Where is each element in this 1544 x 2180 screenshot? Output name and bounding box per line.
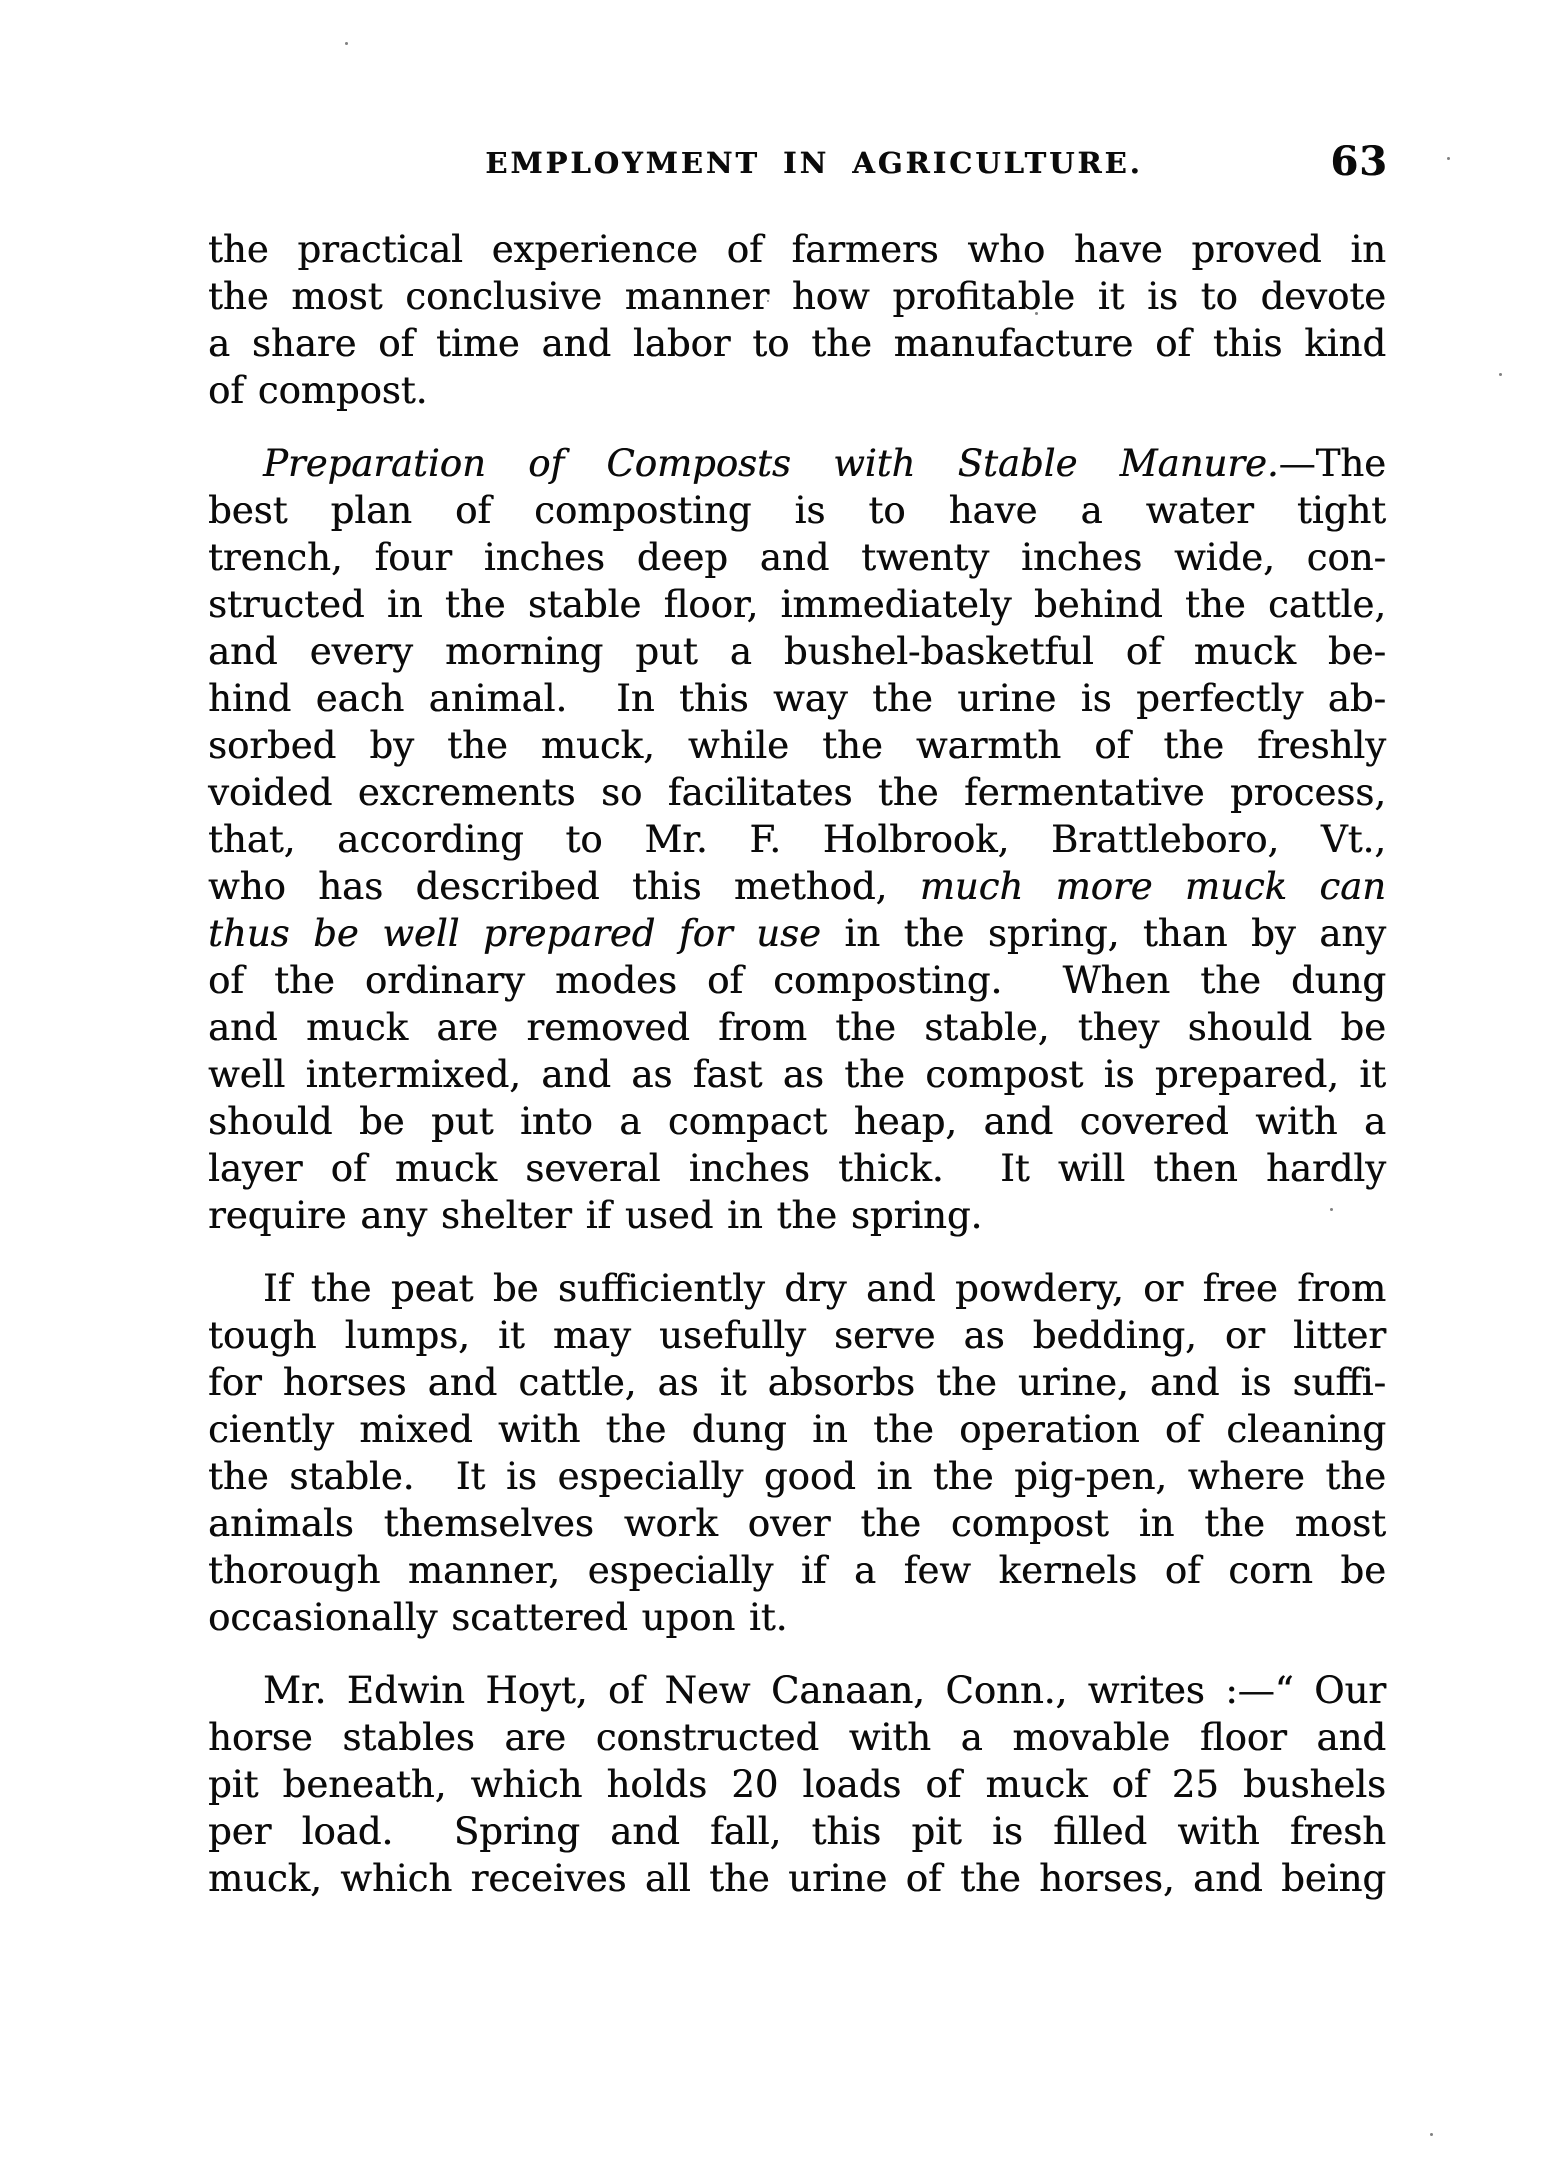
roman-text: per load. Spring and fall, this pit is f… — [208, 1810, 1386, 1853]
roman-text: and every morning put a bushel-basketful… — [208, 630, 1386, 673]
roman-text: structed in the stable floor, immediatel… — [208, 583, 1386, 626]
roman-text: animals themselves work over the compost… — [208, 1502, 1386, 1545]
paragraph: Preparation of Composts with Stable Manu… — [208, 440, 1386, 1239]
book-page: EMPLOYMENT IN AGRICULTURE. 63 the practi… — [0, 0, 1544, 2180]
italic-text: thus be well prepared for use — [208, 912, 821, 955]
page-content: EMPLOYMENT IN AGRICULTURE. 63 the practi… — [208, 146, 1386, 1902]
scan-speck — [345, 42, 348, 45]
roman-text: should be put into a compact heap, and c… — [208, 1100, 1386, 1143]
roman-text: Mr. Edwin Hoyt, of New Canaan, Conn., wr… — [263, 1669, 1386, 1712]
scan-speck — [1499, 373, 1502, 376]
scan-speck — [1430, 2133, 1433, 2136]
scan-speck — [1035, 312, 1038, 315]
roman-text: thorough manner, especially if a few ker… — [208, 1549, 1386, 1592]
text-line: and every morning put a bushel-basketful… — [208, 628, 1386, 675]
text-line: best plan of composting is to have a wat… — [208, 487, 1386, 534]
roman-text: for horses and cattle, as it absorbs the… — [208, 1361, 1386, 1404]
paragraph: If the peat be sufficiently dry and powd… — [208, 1265, 1386, 1641]
page-number: 63 — [1330, 138, 1388, 185]
text-line: the most conclusive manner how profitabl… — [208, 273, 1386, 320]
text-line: thorough manner, especially if a few ker… — [208, 1547, 1386, 1594]
roman-text: hind each animal. In this way the urine … — [208, 677, 1386, 720]
roman-text: the practical experience of farmers who … — [208, 228, 1386, 271]
text-line: occasionally scattered upon it. — [208, 1594, 1386, 1641]
scan-speck — [767, 300, 769, 302]
roman-text: that, according to Mr. F. Holbrook, Brat… — [208, 818, 1386, 861]
roman-text: —The — [1279, 442, 1386, 485]
roman-text: sorbed by the muck, while the warmth of … — [208, 724, 1386, 767]
scan-speck — [1447, 157, 1450, 160]
roman-text: layer of muck several inches thick. It w… — [208, 1147, 1386, 1190]
text-line: structed in the stable floor, immediatel… — [208, 581, 1386, 628]
page-header: EMPLOYMENT IN AGRICULTURE. 63 — [208, 146, 1386, 180]
text-line: sorbed by the muck, while the warmth of … — [208, 722, 1386, 769]
text-line: layer of muck several inches thick. It w… — [208, 1145, 1386, 1192]
roman-text: voided excrements so facilitates the fer… — [208, 771, 1386, 814]
roman-text: the most conclusive manner how profitabl… — [208, 275, 1386, 318]
roman-text: and muck are removed from the stable, th… — [208, 1006, 1386, 1049]
roman-text: require any shelter if used in the sprin… — [208, 1194, 982, 1237]
text-line: hind each animal. In this way the urine … — [208, 675, 1386, 722]
text-line: a share of time and labor to the manufac… — [208, 320, 1386, 367]
text-line: per load. Spring and fall, this pit is f… — [208, 1808, 1386, 1855]
text-line: that, according to Mr. F. Holbrook, Brat… — [208, 816, 1386, 863]
italic-text: Preparation of Composts with Stable Manu… — [263, 442, 1279, 485]
roman-text: best plan of composting is to have a wat… — [208, 489, 1386, 532]
text-line: muck, which receives all the urine of th… — [208, 1855, 1386, 1902]
text-line: pit beneath, which holds 20 loads of muc… — [208, 1761, 1386, 1808]
text-line: horse stables are constructed with a mov… — [208, 1714, 1386, 1761]
roman-text: occasionally scattered upon it. — [208, 1596, 787, 1639]
scan-speck — [225, 1560, 227, 1562]
text-line: If the peat be sufficiently dry and powd… — [208, 1265, 1386, 1312]
roman-text: the stable. It is especially good in the… — [208, 1455, 1386, 1498]
text-line: the stable. It is especially good in the… — [208, 1453, 1386, 1500]
text-line: ciently mixed with the dung in the opera… — [208, 1406, 1386, 1453]
text-line: for horses and cattle, as it absorbs the… — [208, 1359, 1386, 1406]
roman-text: of compost. — [208, 369, 427, 412]
text-line: animals themselves work over the compost… — [208, 1500, 1386, 1547]
roman-text: in the spring, than by any — [821, 912, 1386, 955]
text-line: should be put into a compact heap, and c… — [208, 1098, 1386, 1145]
paragraph: the practical experience of farmers who … — [208, 226, 1386, 414]
scan-speck — [1330, 1208, 1333, 1211]
text-line: the practical experience of farmers who … — [208, 226, 1386, 273]
text-line: tough lumps, it may usefully serve as be… — [208, 1312, 1386, 1359]
roman-text: a share of time and labor to the manufac… — [208, 322, 1386, 365]
roman-text: muck, which receives all the urine of th… — [208, 1857, 1386, 1900]
roman-text: If the peat be sufficiently dry and powd… — [263, 1267, 1386, 1310]
roman-text: ciently mixed with the dung in the opera… — [208, 1408, 1386, 1451]
roman-text: tough lumps, it may usefully serve as be… — [208, 1314, 1386, 1357]
text-line: well intermixed, and as fast as the comp… — [208, 1051, 1386, 1098]
roman-text: trench, four inches deep and twenty inch… — [208, 536, 1386, 579]
text-line: Preparation of Composts with Stable Manu… — [208, 440, 1386, 487]
running-head: EMPLOYMENT IN AGRICULTURE. — [208, 146, 1386, 180]
text-line: of compost. — [208, 367, 1386, 414]
roman-text: who has described this method, — [208, 865, 920, 908]
text-line: require any shelter if used in the sprin… — [208, 1192, 1386, 1239]
roman-text: well intermixed, and as fast as the comp… — [208, 1053, 1386, 1096]
italic-text: much more muck can — [920, 865, 1386, 908]
text-line: and muck are removed from the stable, th… — [208, 1004, 1386, 1051]
text-line: voided excrements so facilitates the fer… — [208, 769, 1386, 816]
text-block: the practical experience of farmers who … — [208, 226, 1386, 1902]
text-line: thus be well prepared for use in the spr… — [208, 910, 1386, 957]
text-line: trench, four inches deep and twenty inch… — [208, 534, 1386, 581]
paragraph: Mr. Edwin Hoyt, of New Canaan, Conn., wr… — [208, 1667, 1386, 1902]
roman-text: of the ordinary modes of composting. Whe… — [208, 959, 1386, 1002]
roman-text: pit beneath, which holds 20 loads of muc… — [208, 1763, 1386, 1806]
text-line: who has described this method, much more… — [208, 863, 1386, 910]
text-line: of the ordinary modes of composting. Whe… — [208, 957, 1386, 1004]
text-line: Mr. Edwin Hoyt, of New Canaan, Conn., wr… — [208, 1667, 1386, 1714]
roman-text: horse stables are constructed with a mov… — [208, 1716, 1386, 1759]
